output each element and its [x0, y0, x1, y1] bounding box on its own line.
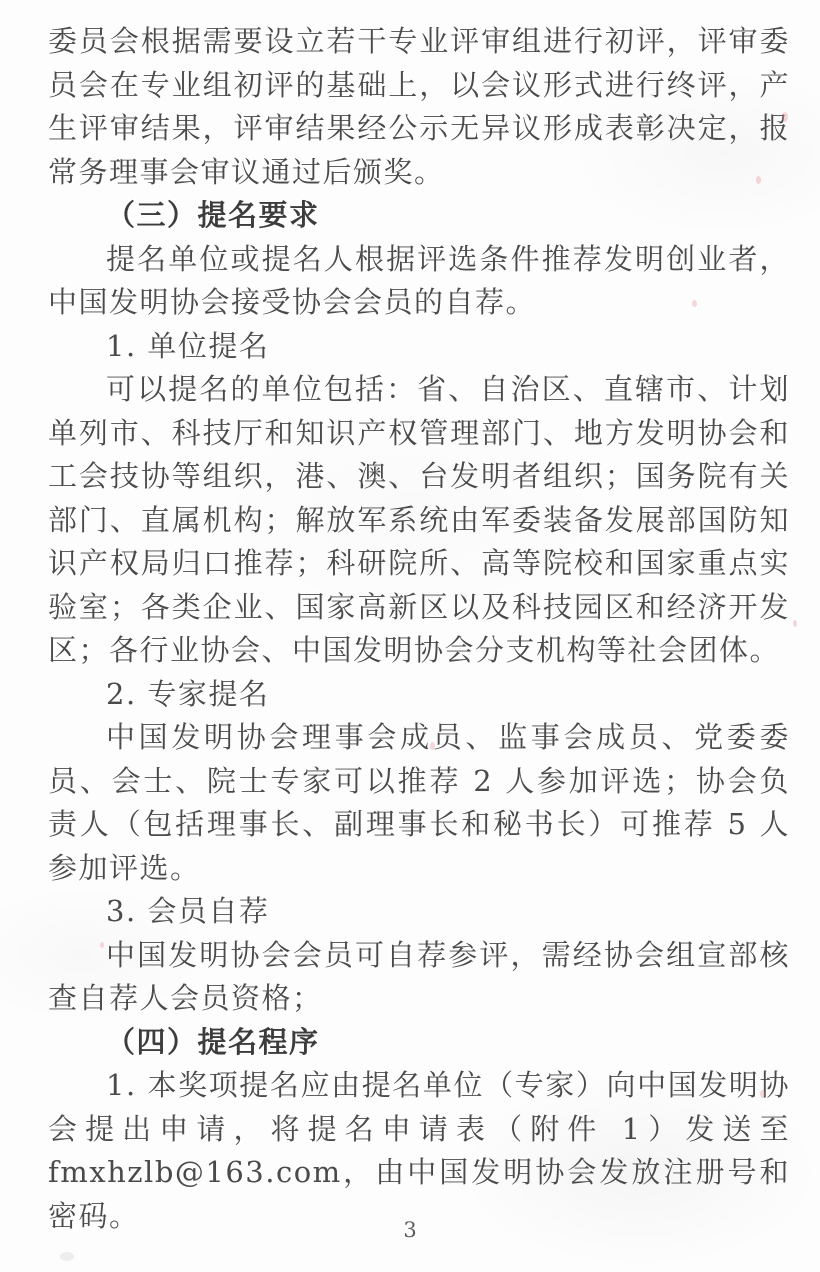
list-heading-member-self-nomination: 3. 会员自荐 — [48, 890, 790, 934]
scanned-document-page: 委员会根据需要设立若干专业评审组进行初评，评审委员会在专业组初评的基础上，以会议… — [0, 0, 820, 1272]
paragraph-expert-nomination-detail: 中国发明协会理事会成员、监事会成员、党委委员、会士、院士专家可以推荐 2 人参加… — [48, 716, 790, 890]
section-heading-nomination-requirements: （三）提名要求 — [48, 194, 790, 238]
scan-speck — [60, 1252, 74, 1261]
list-heading-unit-nomination: 1. 单位提名 — [48, 325, 790, 369]
paragraph-nomination-intro: 提名单位或提名人根据评选条件推荐发明创业者，中国发明协会接受协会会员的自荐。 — [48, 238, 790, 325]
page-number: 3 — [0, 1218, 820, 1242]
section-heading-nomination-process: （四）提名程序 — [48, 1021, 790, 1065]
list-heading-expert-nomination: 2. 专家提名 — [48, 673, 790, 717]
paragraph-nomination-process-step1: 1. 本奖项提名应由提名单位（专家）向中国发明协会提出申请，将提名申请表（附件 … — [48, 1064, 790, 1238]
scan-speck — [793, 620, 797, 627]
paragraph-member-self-nomination-detail: 中国发明协会会员可自荐参评，需经协会组宣部核查自荐人会员资格； — [48, 934, 790, 1021]
document-text-block: 委员会根据需要设立若干专业评审组进行初评，评审委员会在专业组初评的基础上，以会议… — [48, 20, 790, 1238]
paragraph-unit-nomination-detail: 可以提名的单位包括：省、自治区、直辖市、计划单列市、科技厅和知识产权管理部门、地… — [48, 368, 790, 673]
paragraph-evaluation-procedure: 委员会根据需要设立若干专业评审组进行初评，评审委员会在专业组初评的基础上，以会议… — [48, 20, 790, 194]
